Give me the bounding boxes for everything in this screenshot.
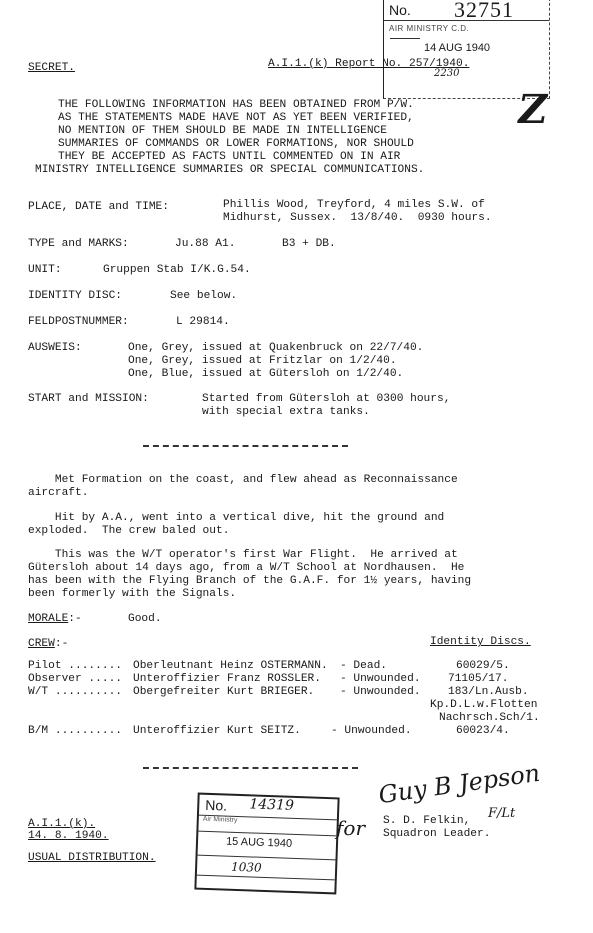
stamp-air-ministry: AIR MINISTRY C.D.: [389, 24, 469, 33]
warning-line: MINISTRY INTELLIGENCE SUMMARIES OR SPECI…: [35, 164, 424, 177]
warning-line: NO MENTION OF THEM SHOULD BE MADE IN INT…: [58, 125, 387, 138]
identity-value: See below.: [170, 290, 237, 303]
footer-date: 14. 8. 1940.: [28, 830, 109, 843]
stamp-no-label: No.: [205, 797, 227, 814]
crew-status: - Unwounded.: [340, 686, 421, 699]
section-divider: [143, 445, 348, 447]
crew-status: - Dead.: [340, 660, 387, 673]
start-value-1: Started from Gütersloh at 0300 hours,: [202, 393, 450, 406]
place-label: PLACE, DATE and TIME:: [28, 201, 169, 214]
narrative-line: has been with the Flying Branch of the G…: [28, 575, 471, 588]
type-value: Ju.88 A1.: [175, 238, 235, 251]
marks-value: B3 + DB.: [282, 238, 336, 251]
narrative-line: Gütersloh about 14 days ago, from a W/T …: [28, 562, 464, 575]
crew-label: CREW: [28, 638, 55, 650]
ausweis-line: One, Grey, issued at Quakenbruck on 22/7…: [128, 342, 423, 355]
for-handwritten: for: [336, 816, 365, 840]
start-label: START and MISSION:: [28, 393, 149, 406]
identity-label: IDENTITY DISC:: [28, 290, 122, 303]
place-value-2: Midhurst, Sussex. 13/8/40. 0930 hours.: [223, 212, 492, 225]
crew-suffix: :-: [55, 638, 68, 650]
crew-role: B/M ..........: [28, 725, 122, 738]
ausweis-line: One, Grey, issued at Fritzlar on 1/2/40.: [128, 355, 397, 368]
narrative-line: This was the W/T operator's first War Fl…: [28, 549, 458, 562]
crew-disc-cont: Kp.D.L.w.Flotten: [430, 699, 537, 712]
place-value-1: Phillis Wood, Treyford, 4 miles S.W. of: [223, 199, 485, 212]
received-stamp-top: No. 32751 AIR MINISTRY C.D. 14 AUG 1940 …: [383, 0, 550, 99]
stamp-number: 14319: [249, 796, 294, 814]
crew-disc: 60023/4.: [456, 725, 510, 738]
unit-label: UNIT:: [28, 264, 62, 277]
crew-status: - Unwounded.: [331, 725, 412, 738]
ausweis-label: AUSWEIS:: [28, 342, 82, 355]
crew-disc: 71105/17.: [448, 673, 508, 686]
signatory-name: S. D. Felkin,: [383, 815, 470, 828]
narrative-line: Met Formation on the coast, and flew ahe…: [28, 474, 458, 487]
crew-role: Pilot ........: [28, 660, 122, 673]
morale-suffix: :-: [68, 613, 81, 625]
warning-line: AS THE STATEMENTS MADE HAVE NOT AS YET B…: [58, 112, 414, 125]
crew-name: Unteroffizier Franz ROSSLER.: [133, 673, 321, 686]
warning-line: SUMMARIES OF COMMANDS OR LOWER FORMATION…: [58, 138, 414, 151]
start-value-2: with special extra tanks.: [202, 406, 370, 419]
morale-row: MORALE:-: [28, 613, 82, 626]
crew-name: Oberleutnant Heinz OSTERMANN.: [133, 660, 328, 673]
crew-disc: 60029/5.: [456, 660, 510, 673]
narrative-line: aircraft.: [28, 487, 88, 500]
classification: SECRET.: [28, 62, 75, 75]
crew-name: Obergefreiter Kurt BRIEGER.: [133, 686, 314, 699]
signature: Guy B Jepson: [377, 759, 542, 809]
narrative-line: exploded. The crew baled out.: [28, 525, 229, 538]
stamp-no-label: No.: [389, 2, 411, 18]
signatory-initials: F/Lt: [488, 806, 515, 821]
crew-name: Unteroffizier Kurt SEITZ.: [133, 725, 301, 738]
narrative-line: Hit by A.A., went into a vertical dive, …: [28, 512, 444, 525]
stamp-air-ministry: Air Ministry: [203, 816, 238, 824]
crew-heading: CREW:-: [28, 638, 68, 651]
stamp-time: 1030: [231, 860, 262, 875]
crew-disc: 183/Ln.Ausb.: [448, 686, 529, 699]
crew-status: - Unwounded.: [340, 673, 421, 686]
feldpost-label: FELDPOSTNUMMER:: [28, 316, 129, 329]
warning-line: THE FOLLOWING INFORMATION HAS BEEN OBTAI…: [58, 99, 414, 112]
ausweis-line: One, Blue, issued at Gütersloh on 1/2/40…: [128, 368, 403, 381]
morale-label: MORALE: [28, 613, 68, 625]
morale-value: Good.: [128, 613, 162, 626]
stamp-date: 14 AUG 1940: [424, 42, 490, 54]
report-reference: A.I.1.(k) Report No. 257/1940.: [268, 58, 469, 71]
identity-discs-header: Identity Discs.: [430, 636, 531, 649]
crew-role: W/T ..........: [28, 686, 122, 699]
footer-distribution: USUAL DISTRIBUTION.: [28, 852, 156, 865]
unit-value: Gruppen Stab I/K.G.54.: [103, 264, 251, 277]
crew-disc-cont: Nachrsch.Sch/1.: [439, 712, 540, 725]
crew-role: Observer .....: [28, 673, 122, 686]
signatory-rank: Squadron Leader.: [383, 828, 490, 841]
stamp-date: 15 AUG 1940: [226, 836, 292, 850]
warning-line: THEY BE ACCEPTED AS FACTS UNTIL COMMENTE…: [58, 151, 400, 164]
received-stamp-bottom: No. 14319 Air Ministry 15 AUG 1940 1030: [194, 793, 339, 895]
feldpost-value: L 29814.: [176, 316, 230, 329]
section-divider: [143, 767, 358, 769]
type-label: TYPE and MARKS:: [28, 238, 129, 251]
narrative-line: been formerly with the Signals.: [28, 588, 236, 601]
